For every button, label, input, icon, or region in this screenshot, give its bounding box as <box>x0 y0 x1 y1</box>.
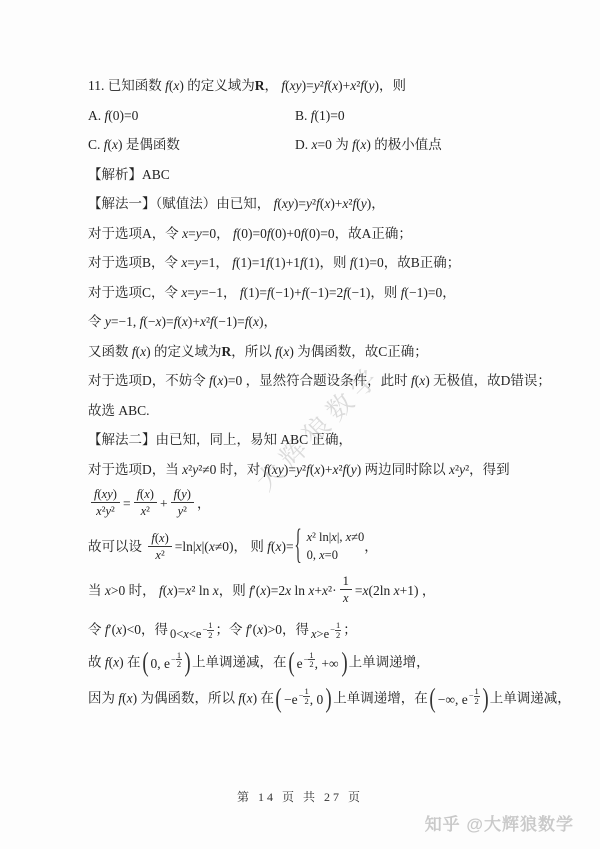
math-run: xy <box>102 487 113 501</box>
option-cell: B. f(1)=0 <box>295 106 345 126</box>
math-run: 上单调递增， <box>349 654 430 669</box>
math-run: . <box>146 403 149 418</box>
math-run: )= <box>281 539 293 554</box>
math-run: ) 两边同时除以 <box>357 462 449 477</box>
math-run: =0， <box>202 226 233 241</box>
math-run: ²≠0 时，对 <box>198 462 263 477</box>
math-run: ，令 <box>151 255 181 270</box>
math-run: 错误； <box>510 373 551 388</box>
text-line: 对于选项D，当 x²y²≠0 时，对 f(xy)=y²f(x)+x²f(y) 两… <box>88 460 518 480</box>
big-paren-group: (−e−12, 0) <box>274 685 333 712</box>
math-run: )+ <box>330 196 342 211</box>
math-run: ，令 <box>152 226 182 241</box>
text-line: 令 y=−1, f(−x)=f(x)+x²f(−1)=f(x)， <box>88 312 518 332</box>
math-run: )<0，得 <box>122 622 168 637</box>
math-run: 当 <box>88 583 105 598</box>
math-run: 对于选项 <box>88 226 142 241</box>
math-run: )= <box>302 78 314 93</box>
math-run: ( <box>275 685 281 712</box>
math-run: ) 的极小值点 <box>366 137 441 152</box>
math-run: −∞, <box>438 692 462 707</box>
math-run: B <box>142 255 151 270</box>
math-run: = <box>187 285 195 300</box>
math-run: ² <box>183 504 187 518</box>
math-run: (0)=0 <box>237 226 267 241</box>
math-run: (0)+0 <box>271 226 301 241</box>
math-run: (−1)+ <box>271 285 302 300</box>
math-run: ) 是偶函数 <box>118 137 180 152</box>
superscript-fraction: −12 <box>469 687 480 705</box>
math-run: )= <box>294 196 306 211</box>
text-line: 对于选项A，令 x=y=0， f(0)=0f(0)+0f(0)=0，故A正确； <box>88 224 518 244</box>
math-run: ) <box>341 649 347 676</box>
math-run: xy <box>282 196 294 211</box>
math-run: C <box>142 285 151 300</box>
math-run: ²，得到 <box>465 462 510 477</box>
math-run: 正确； <box>420 255 461 270</box>
math-run: 令 <box>88 314 105 329</box>
math-run: (0)=0 <box>108 108 138 123</box>
math-run: )+ <box>320 462 332 477</box>
math-run: . <box>97 137 104 152</box>
math-run: ，所以 <box>231 344 275 359</box>
math-run: ) <box>326 685 332 712</box>
math-run: = <box>188 226 196 241</box>
math-run: (− <box>143 314 155 329</box>
math-run: e <box>297 656 303 671</box>
fraction: f(x)x² <box>134 487 157 519</box>
math-run: + <box>160 496 168 511</box>
options-row: C. f(x) 是偶函数D. x=0 为 f(x) 的极小值点 <box>88 135 518 155</box>
math-run: ) 为偶函数，所以 <box>133 691 239 706</box>
text-line: f(xy)x²y²=f(x)x²+f(y)y²， <box>88 489 518 521</box>
math-run: ′( <box>250 622 257 637</box>
math-run: (1)=1 <box>236 255 266 270</box>
math-run: ， <box>364 539 378 554</box>
math-run: ( <box>142 649 148 676</box>
math-run: ² <box>191 583 198 598</box>
superscript-fraction: −12 <box>330 621 341 639</box>
math-run: (1)=0 <box>315 108 345 123</box>
math-run: ≠0 <box>351 530 364 544</box>
math-run: ln <box>380 583 391 598</box>
text-line: 当 x>0 时， f(x)=x² ln x，则 f′(x)=2x ln x+x²… <box>88 576 518 608</box>
math-run: − <box>284 692 292 707</box>
math-run: (−1)，则 <box>347 285 401 300</box>
math-run: ′( <box>109 622 116 637</box>
document-page: 大辉狼数学 11. 已知函数 f(x) 的定义域为R， f(xy)=y²f(x)… <box>0 0 600 849</box>
option-cell: C. f(x) 是偶函数 <box>88 135 295 155</box>
math-run: 正确； <box>371 226 412 241</box>
math-run: 【解法二】由已知，同上，易知 <box>88 432 280 447</box>
math-run: >0 时， <box>111 583 159 598</box>
math-run: )>0，得 <box>263 622 309 637</box>
math-run: =−1， <box>201 285 240 300</box>
math-run: , 0 <box>310 692 324 707</box>
math-run: (0)=0，故 <box>305 226 362 241</box>
math-run: 0< <box>170 627 183 641</box>
math-run: ) 无极值，故 <box>425 373 500 388</box>
math-run: < <box>189 627 196 641</box>
math-run: ) 的定义域为 <box>146 344 221 359</box>
math-run: . <box>304 108 311 123</box>
math-run: 故可以设 <box>88 539 145 554</box>
superscript-fraction: −12 <box>299 687 310 705</box>
text-line: 对于选项C，令 x=y=−1， f(1)=f(−1)+f(−1)=2f(−1)，… <box>88 283 518 303</box>
math-run: 11. 已知函数 <box>88 78 165 93</box>
text-line: 【解法一】（赋值法）由已知， f(xy)=y²f(x)+x²f(y)， <box>88 194 518 214</box>
math-run: )+ <box>338 78 350 93</box>
math-run: D <box>142 462 152 477</box>
math-run: )= <box>161 314 173 329</box>
math-run: ；令 <box>216 622 246 637</box>
math-run: , +∞ <box>315 656 339 671</box>
math-run: + <box>314 583 322 598</box>
text-line: 对于选项B，令 x=y=1， f(1)=1f(1)+1f(1)，则 f(1)=0… <box>88 253 518 273</box>
math-run: (1)+1 <box>270 255 300 270</box>
math-run: ²· <box>328 583 337 598</box>
math-run: )=0 ，显然符合题设条件，此时 <box>223 373 411 388</box>
math-run: )， <box>367 196 385 211</box>
math-run: ； <box>343 622 357 637</box>
math-run: . <box>305 137 312 152</box>
math-run: ) <box>482 685 488 712</box>
math-run: )， <box>259 314 277 329</box>
math-run: |, <box>337 530 346 544</box>
text-line: 故选 ABC. <box>88 401 518 421</box>
math-run: ) <box>150 487 154 501</box>
math-run: C <box>378 344 387 359</box>
math-run: )+ <box>188 314 200 329</box>
math-run: ， <box>265 78 282 93</box>
math-run: x <box>343 591 349 605</box>
big-paren-group: (e−12, +∞) <box>287 649 349 676</box>
math-run: |( <box>202 539 209 554</box>
math-run: D <box>501 373 511 388</box>
math-run: 【解法一】（赋值法）由已知， <box>88 196 274 211</box>
fraction: 1x <box>340 574 352 606</box>
math-run: ) <box>113 487 117 501</box>
page-number: 第 14 页 共 27 页 <box>0 788 600 805</box>
math-run: C <box>88 137 97 152</box>
content: 11. 已知函数 f(x) 的定义域为R， f(xy)=y²f(x)+x²f(y… <box>88 76 518 723</box>
math-run: 正确， <box>308 432 352 447</box>
text-line: 令 f′(x)<0，得0<x<e−12；令 f′(x)>0，得x>e−12； <box>88 617 518 640</box>
math-run: xy <box>272 462 284 477</box>
math-run: ) <box>184 649 190 676</box>
math-run: ，则 <box>219 583 249 598</box>
math-run: ，不妨令 <box>152 373 209 388</box>
math-run: ) 的定义域为 <box>179 78 254 93</box>
options-row: A. f(0)=0B. f(1)=0 <box>88 106 518 126</box>
math-run: 对于选项 <box>88 285 142 300</box>
math-run: A <box>142 226 152 241</box>
math-run: = <box>187 255 195 270</box>
math-run: 0, <box>151 656 165 671</box>
math-run: )= <box>173 583 185 598</box>
math-run: 因为 <box>88 691 118 706</box>
math-run: ² <box>111 504 115 518</box>
math-run: A <box>362 226 372 241</box>
math-run: 1 <box>343 574 349 588</box>
text-line: 【解析】ABC <box>88 165 518 185</box>
math-run: e <box>292 692 298 707</box>
math-run: 上单调递减， <box>490 691 571 706</box>
fraction: f(xy)x²y² <box>91 487 120 519</box>
text-line: 故可以设 f(x)x²=ln|x|(x≠0)， 则 f(x)=x² ln|x|,… <box>88 530 518 566</box>
text-line: 对于选项D，不妨令 f(x)=0 ，显然符合题设条件，此时 f(x) 无极值，故… <box>88 371 518 391</box>
math-run: B <box>411 255 420 270</box>
math-run: ≠0)， 则 <box>215 539 267 554</box>
math-run: 上单调递增，在 <box>333 691 428 706</box>
math-run: ² <box>161 548 165 562</box>
text-line: 11. 已知函数 f(x) 的定义域为R， f(xy)=y²f(x)+x²f(y… <box>88 76 518 96</box>
lowered-group: 0<x<e−12 <box>170 621 214 644</box>
math-run: 2 <box>474 697 480 706</box>
math-run: (2 <box>368 583 379 598</box>
math-run: (1)= <box>244 285 267 300</box>
math-run: ， <box>197 496 211 511</box>
math-run: (−1)= <box>214 314 245 329</box>
math-run: ) <box>187 487 191 501</box>
lowered-group: x>e−12 <box>311 621 341 644</box>
math-run: e <box>196 627 202 641</box>
math-run: )=2 <box>266 583 285 598</box>
math-run: 2 <box>176 660 182 669</box>
text-line: 故 f(x) 在(0, e−12)上单调递减，在(e−12, +∞)上单调递增， <box>88 650 518 677</box>
math-run: > <box>317 627 324 641</box>
piecewise-cases: x² ln|x|, x≠00, x=0 <box>297 528 365 564</box>
text-line: 又函数 f(x) 的定义域为R，所以 f(x) 为偶函数，故C正确； <box>88 342 518 362</box>
math-run: ² <box>146 504 150 518</box>
math-run: (1)，则 <box>304 255 350 270</box>
math-run: 对于选项 <box>88 373 142 388</box>
math-run: e <box>462 692 468 707</box>
math-run: 故 <box>88 654 105 669</box>
superscript-fraction: −12 <box>304 651 315 669</box>
math-run: D <box>295 137 305 152</box>
math-run: ABC <box>118 403 146 418</box>
math-run: e <box>324 627 330 641</box>
math-run: B <box>295 108 304 123</box>
math-run: D <box>142 373 152 388</box>
math-run: xy <box>290 78 302 93</box>
math-run: =−1, <box>111 314 140 329</box>
math-run: 故选 <box>88 403 118 418</box>
math-run: 令 <box>88 622 105 637</box>
text-line: 【解法二】由已知，同上，易知 ABC 正确， <box>88 430 518 450</box>
math-run: 又函数 <box>88 344 132 359</box>
math-run: 对于选项 <box>88 255 142 270</box>
math-run: 对于选项 <box>88 462 142 477</box>
math-run: 2 <box>335 631 341 640</box>
math-run: =1， <box>201 255 232 270</box>
math-run: 0, <box>307 548 320 562</box>
math-run: 上单调递减，在 <box>192 654 287 669</box>
big-paren-group: (0, e−12) <box>141 649 193 676</box>
option-cell: A. f(0)=0 <box>88 106 295 126</box>
math-run: ，令 <box>151 285 181 300</box>
text-line: 因为 f(x) 为偶函数，所以 f(x) 在(−e−12, 0)上单调递增，在(… <box>88 686 518 713</box>
math-run: ln <box>182 539 193 554</box>
math-run: (−1)=2 <box>306 285 344 300</box>
superscript-fraction: −12 <box>202 621 213 639</box>
math-run: ) 为偶函数，故 <box>289 344 378 359</box>
math-run: )，则 <box>375 78 407 93</box>
math-run: 正确； <box>387 344 428 359</box>
fraction: f(x)x² <box>148 531 171 563</box>
math-run: =0 <box>325 548 338 562</box>
math-run: = <box>123 496 131 511</box>
superscript-fraction: −12 <box>171 651 182 669</box>
math-run: ln <box>295 583 306 598</box>
math-run: 【解析】 <box>88 167 142 182</box>
math-run: ( <box>288 649 294 676</box>
math-run: +1) ， <box>400 583 436 598</box>
math-run: (1)=0，故 <box>354 255 411 270</box>
math-run: . <box>98 108 105 123</box>
fraction: f(y)y² <box>171 487 194 519</box>
math-run: ) 在 <box>119 654 140 669</box>
math-run: ，当 <box>152 462 182 477</box>
math-run: A <box>88 108 98 123</box>
math-run: ABC <box>142 167 170 182</box>
math-run: ) 在 <box>253 691 274 706</box>
math-run: )= <box>284 462 296 477</box>
math-run: (−1)=0， <box>404 285 455 300</box>
math-run: ln <box>199 583 210 598</box>
math-run: =0 为 <box>318 137 353 152</box>
math-run: ABC <box>280 432 308 447</box>
option-cell: D. x=0 为 f(x) 的极小值点 <box>295 135 442 155</box>
math-run: ( <box>429 685 435 712</box>
math-run: R <box>255 78 265 93</box>
math-run: R <box>222 344 232 359</box>
math-run: 2 <box>207 631 213 640</box>
math-run: e <box>164 656 170 671</box>
big-paren-group: (−∞, e−12) <box>428 685 490 712</box>
math-run: ) <box>165 531 169 545</box>
math-run: ln <box>319 530 329 544</box>
zhihu-watermark: 知乎 @大辉狼数学 <box>425 810 574 835</box>
